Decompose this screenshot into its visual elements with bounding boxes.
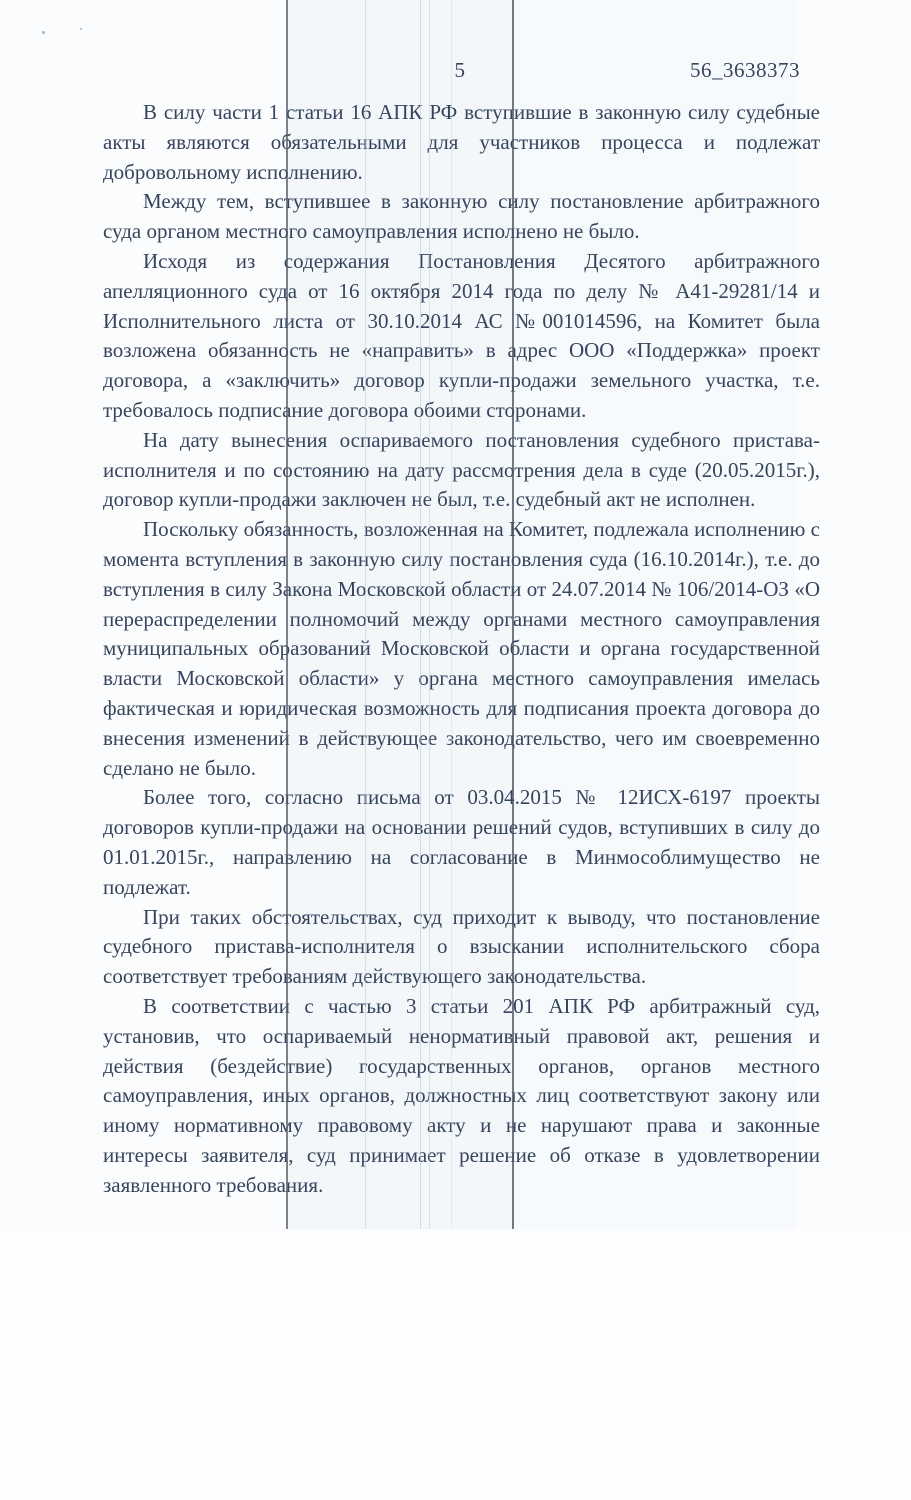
scan-speck [80, 28, 82, 30]
scanned-document-page: 5 56_3638373 В силу части 1 статьи 16 АП… [0, 0, 911, 1500]
paragraph: Поскольку обязанность, возложенная на Ко… [103, 515, 820, 783]
scan-streak-line [429, 0, 430, 1229]
page-number: 5 [430, 58, 490, 83]
paragraph: Более того, согласно письма от 03.04.201… [103, 783, 820, 902]
paragraph: Исходя из содержания Постановления Десят… [103, 247, 820, 426]
paragraph: Между тем, вступившее в законную силу по… [103, 187, 820, 247]
page-header: 5 56_3638373 [0, 58, 911, 86]
paragraph: В силу части 1 статьи 16 АПК РФ вступивш… [103, 98, 820, 187]
fold-line [512, 0, 514, 1229]
scan-streak-line [420, 0, 421, 1229]
paragraph: В соответствии с частью 3 статьи 201 АПК… [103, 992, 820, 1201]
scan-streak-line [451, 0, 452, 1229]
scan-speck [42, 31, 45, 34]
document-stamp-number: 56_3638373 [690, 58, 800, 83]
fold-line [286, 0, 288, 1229]
document-body: В силу части 1 статьи 16 АПК РФ вступивш… [103, 98, 820, 1200]
paragraph: При таких обстоятельствах, суд приходит … [103, 903, 820, 992]
scan-streak-line [365, 0, 366, 1229]
paragraph: На дату вынесения оспариваемого постанов… [103, 426, 820, 515]
